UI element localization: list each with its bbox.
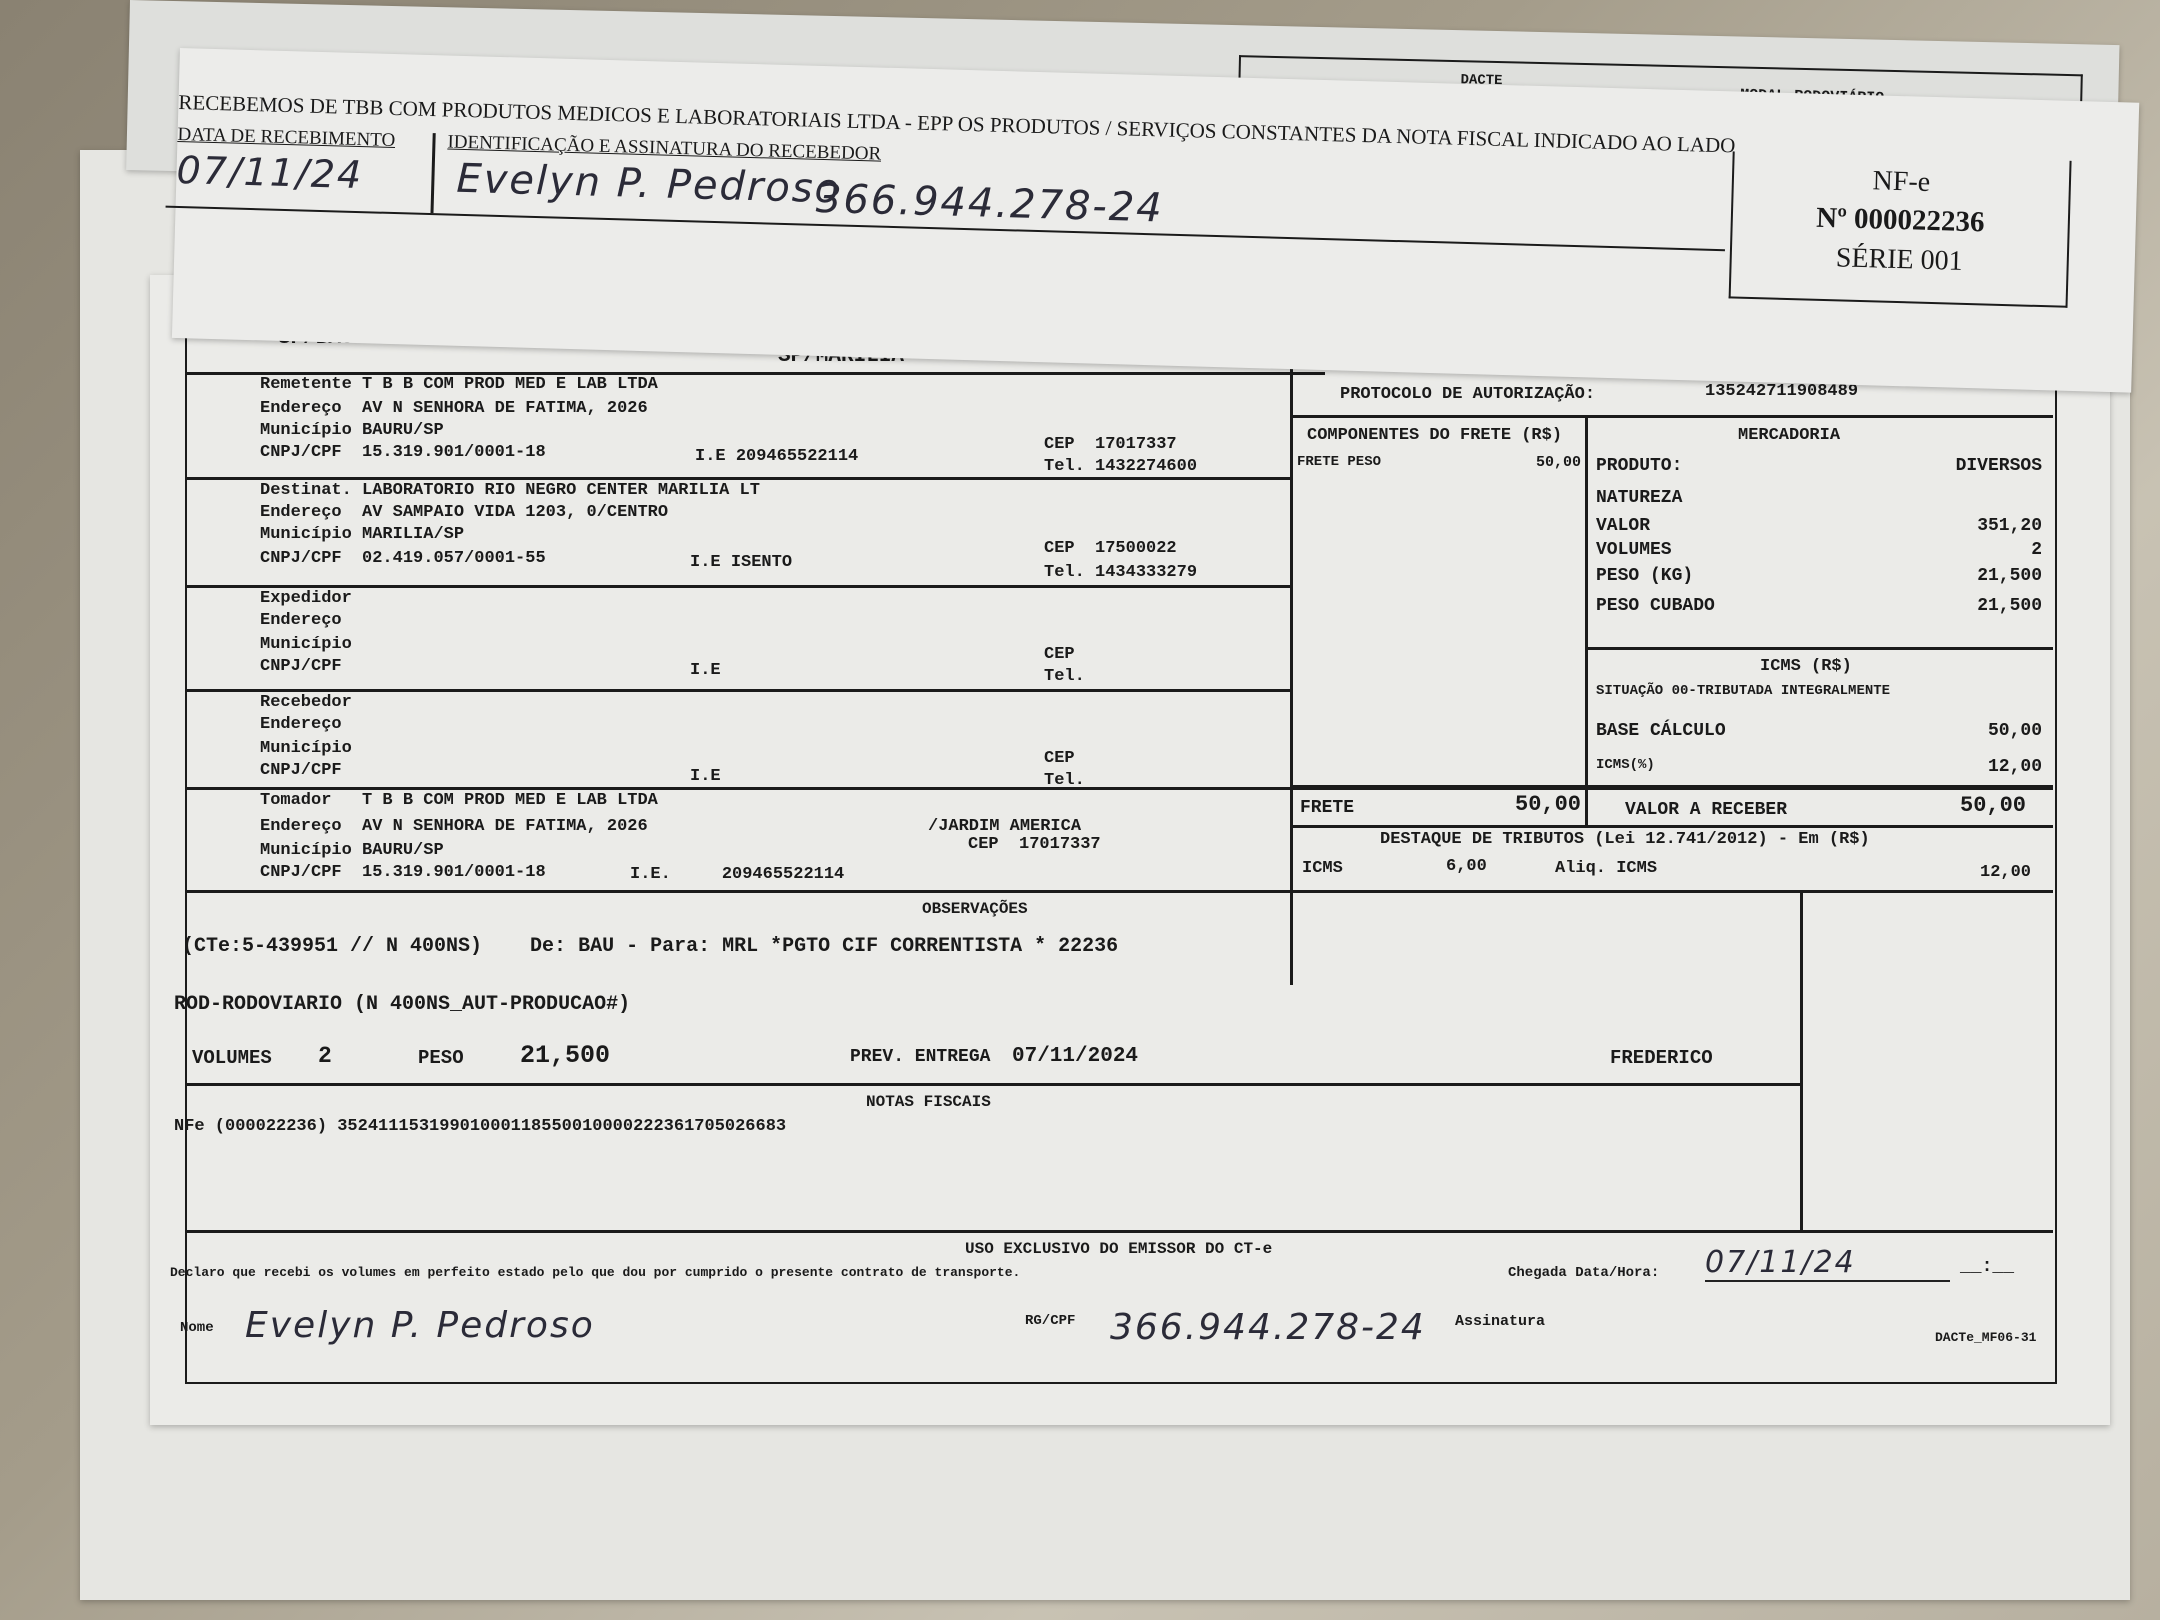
destinatario-endereco: AV SAMPAIO VIDA 1203, 0/CENTRO — [362, 503, 668, 522]
chegada-hora-field[interactable]: __:__ — [1960, 1257, 2014, 1277]
remetente-cep: 17017337 — [1095, 435, 1177, 454]
divider — [185, 890, 2053, 893]
destinatario-block: Destinat. LABORATORIO RIO NEGRO CENTER M… — [190, 481, 1285, 581]
tomador-label: Tomador — [260, 791, 331, 810]
observacoes-title: OBSERVAÇÕES — [922, 900, 1028, 918]
remetente-cnpj: 15.319.901/0001-18 — [362, 443, 546, 462]
tributos-aliq-label: Aliq. ICMS — [1555, 859, 1657, 878]
nome-handwritten-field[interactable]: Evelyn P. Pedroso — [245, 1305, 595, 1346]
recebedor-block: Recebedor Endereço Município CNPJ/CPF I.… — [190, 693, 1285, 793]
obs-peso-value: 21,500 — [520, 1041, 610, 1070]
mercadoria-panel: MERCADORIA PRODUTO:DIVERSOS NATUREZA VAL… — [1588, 418, 2050, 628]
municipio-label: Município — [260, 421, 352, 440]
ie-label: I.E — [690, 661, 721, 680]
obs-peso-label: PESO — [418, 1047, 464, 1069]
municipio-label: Município — [260, 635, 352, 654]
icms-aliq-label: ICMS(%) — [1596, 757, 1655, 777]
divider — [185, 689, 1290, 692]
endereco-label: Endereço — [260, 611, 342, 630]
ie-label: I.E — [695, 447, 726, 466]
cnpj-label: CNPJ/CPF — [260, 657, 342, 676]
rg-cpf-label: RG/CPF — [1025, 1313, 1075, 1329]
municipio-label: Município — [260, 841, 352, 860]
receipt-stub-slip: RECEBEMOS DE TBB COM PRODUTOS MEDICOS E … — [172, 48, 2139, 393]
divider — [1585, 647, 2053, 650]
volumes-value: 2 — [2031, 540, 2042, 560]
expedidor-label: Expedidor — [260, 589, 352, 608]
cnpj-label: CNPJ/CPF — [260, 549, 342, 568]
observacoes-line-1: (CTe:5-439951 // N 400NS) De: BAU - Para… — [182, 935, 1118, 958]
cep-label: CEP — [968, 835, 999, 854]
tomador-name: T B B COM PROD MED E LAB LTDA — [362, 791, 658, 810]
motorista-name: FREDERICO — [1610, 1047, 1713, 1069]
remetente-municipio: BAURU/SP — [362, 421, 444, 440]
produto-value: DIVERSOS — [1956, 456, 2042, 476]
tributos-icms-label: ICMS — [1302, 859, 1343, 878]
icms-aliq-value: 12,00 — [1988, 757, 2042, 777]
frete-total-label: FRETE — [1300, 798, 1354, 818]
cnpj-label: CNPJ/CPF — [260, 863, 342, 882]
divider — [1290, 825, 2053, 828]
tomador-municipio: BAURU/SP — [362, 841, 444, 860]
icms-situacao: SITUAÇÃO 00-TRIBUTADA INTEGRALMENTE — [1596, 683, 1890, 699]
uso-exclusivo-title: USO EXCLUSIVO DO EMISSOR DO CT-e — [965, 1240, 1272, 1258]
peso-kg-value: 21,500 — [1977, 566, 2042, 586]
valor-value: 351,20 — [1977, 516, 2042, 536]
recebedor-signature-field[interactable]: Evelyn P. Pedroso — [456, 156, 842, 213]
divider — [185, 477, 1290, 480]
frete-peso-label: FRETE PESO — [1297, 454, 1381, 470]
data-recebimento-label: DATA DE RECEBIMENTO — [177, 124, 395, 152]
natureza-label: NATUREZA — [1596, 488, 1682, 508]
obs-volumes-value: 2 — [318, 1043, 332, 1069]
ie-label: I.E — [690, 553, 721, 572]
tributos-aliq-value: 12,00 — [1980, 863, 2031, 882]
destinatario-ie: ISENTO — [731, 553, 792, 572]
tomador-cep: 17017337 — [1019, 835, 1101, 854]
chegada-date-field[interactable]: 07/11/24 — [1705, 1245, 1950, 1282]
destinatario-cnpj: 02.419.057/0001-55 — [362, 549, 546, 568]
remetente-name: T B B COM PROD MED E LAB LTDA — [362, 375, 658, 394]
frete-total-value: 50,00 — [1515, 792, 1581, 817]
valor-receber-value: 50,00 — [1960, 793, 2026, 818]
protocolo-label: PROTOCOLO DE AUTORIZAÇÃO: — [1340, 385, 1595, 404]
expedidor-block: Expedidor Endereço Município CNPJ/CPF I.… — [190, 589, 1285, 689]
receipt-statement: RECEBEMOS DE TBB COM PRODUTOS MEDICOS E … — [178, 90, 1736, 158]
divider — [1290, 785, 2053, 788]
declaracao-text: Declaro que recebi os volumes em perfeit… — [170, 1265, 1020, 1280]
obs-volumes-label: VOLUMES — [192, 1047, 272, 1069]
peso-cubado-label: PESO CUBADO — [1596, 596, 1715, 616]
divider — [430, 133, 435, 213]
componentes-frete-panel: COMPONENTES DO FRETE (R$) FRETE PESO 50,… — [1293, 418, 1585, 783]
remetente-label: Remetente — [260, 375, 352, 394]
cep-label: CEP — [1044, 645, 1075, 664]
nome-label: Nome — [180, 1320, 214, 1336]
endereco-label: Endereço — [260, 817, 342, 836]
destinatario-tel: 1434333279 — [1095, 563, 1197, 582]
tributos-icms-value: 6,00 — [1446, 857, 1487, 876]
icms-title: ICMS (R$) — [1760, 657, 1852, 676]
divider — [1800, 890, 1803, 1230]
icms-panel: ICMS (R$) SITUAÇÃO 00-TRIBUTADA INTEGRAL… — [1588, 651, 2050, 781]
remetente-ie: 209465522114 — [736, 447, 858, 466]
valor-label: VALOR — [1596, 516, 1650, 536]
recebedor-doc-field[interactable]: 366.944.278-24 — [815, 176, 1164, 232]
volumes-label: VOLUMES — [1596, 540, 1672, 560]
municipio-label: Município — [260, 525, 352, 544]
destinatario-label: Destinat. — [260, 481, 352, 500]
nfe-number: Nº 000022236 — [1732, 199, 2068, 241]
base-calculo-label: BASE CÁLCULO — [1596, 721, 1726, 741]
tributos-title: DESTAQUE DE TRIBUTOS (Lei 12.741/2012) -… — [1380, 830, 1870, 849]
prev-entrega-label: PREV. ENTREGA — [850, 1047, 990, 1067]
mercadoria-title: MERCADORIA — [1738, 426, 1840, 445]
remetente-endereco: AV N SENHORA DE FATIMA, 2026 — [362, 399, 648, 418]
cnpj-label: CNPJ/CPF — [260, 443, 342, 462]
tomador-cnpj: 15.319.901/0001-18 — [362, 863, 546, 882]
destinatario-municipio: MARILIA/SP — [362, 525, 464, 544]
nota-fiscal-item: NFe (000022236) 352411153199010001185500… — [174, 1117, 786, 1136]
tomador-bairro: /JARDIM AMERICA — [928, 817, 1081, 836]
tel-label: Tel. — [1044, 667, 1085, 686]
base-calculo-value: 50,00 — [1988, 721, 2042, 741]
assinatura-label: Assinatura — [1455, 1313, 1545, 1330]
ie-label: I.E. — [630, 865, 671, 884]
tel-label: Tel. — [1044, 563, 1085, 582]
remetente-tel: 1432274600 — [1095, 457, 1197, 476]
cep-label: CEP — [1044, 539, 1075, 558]
prev-entrega-value: 07/11/2024 — [1012, 1045, 1138, 1068]
recebedor-label: Recebedor — [260, 693, 352, 712]
tomador-endereco: AV N SENHORA DE FATIMA, 2026 — [362, 817, 648, 836]
nfe-title: NF-e — [1734, 161, 2070, 202]
cnpj-label: CNPJ/CPF — [260, 761, 342, 780]
nfe-serie: SÉRIE 001 — [1731, 239, 2067, 280]
destinatario-name: LABORATORIO RIO NEGRO CENTER MARILIA LT — [362, 481, 760, 500]
rg-cpf-handwritten-field[interactable]: 366.944.278-24 — [1110, 1307, 1426, 1348]
notas-fiscais-title: NOTAS FISCAIS — [866, 1093, 991, 1111]
dacte-main-sheet: Origem da Prestação: SP/BAURU Destino da… — [150, 275, 2110, 1425]
municipio-label: Município — [260, 739, 352, 758]
protocolo-value: 135242711908489 — [1705, 382, 1858, 401]
ie-label: I.E — [690, 767, 721, 786]
remetente-block: Remetente T B B COM PROD MED E LAB LTDA … — [190, 375, 1285, 475]
endereco-label: Endereço — [260, 715, 342, 734]
destinatario-cep: 17500022 — [1095, 539, 1177, 558]
produto-label: PRODUTO: — [1596, 456, 1682, 476]
valor-receber-label: VALOR A RECEBER — [1625, 800, 1787, 820]
form-code: DACTe_MF06-31 — [1935, 1330, 2036, 1345]
endereco-label: Endereço — [260, 399, 342, 418]
cep-label: CEP — [1044, 749, 1075, 768]
tomador-block: Tomador T B B COM PROD MED E LAB LTDA En… — [190, 791, 1285, 891]
data-recebimento-field[interactable]: 07/11/24 — [176, 148, 364, 197]
frete-peso-value: 50,00 — [1536, 454, 1581, 471]
cep-label: CEP — [1044, 435, 1075, 454]
peso-cubado-value: 21,500 — [1977, 596, 2042, 616]
observacoes-line-2: ROD-RODOVIARIO (N 400NS_AUT-PRODUCAO#) — [174, 993, 630, 1016]
nfe-box: NF-e Nº 000022236 SÉRIE 001 — [1729, 151, 2072, 307]
divider — [185, 585, 1290, 588]
tel-label: Tel. — [1044, 457, 1085, 476]
chegada-label: Chegada Data/Hora: — [1508, 1265, 1659, 1281]
divider — [185, 1083, 1800, 1086]
endereco-label: Endereço — [260, 503, 342, 522]
tomador-ie: 209465522114 — [722, 865, 844, 884]
componentes-frete-title: COMPONENTES DO FRETE (R$) — [1307, 426, 1562, 445]
peso-kg-label: PESO (KG) — [1596, 566, 1693, 586]
divider — [185, 1230, 2053, 1233]
